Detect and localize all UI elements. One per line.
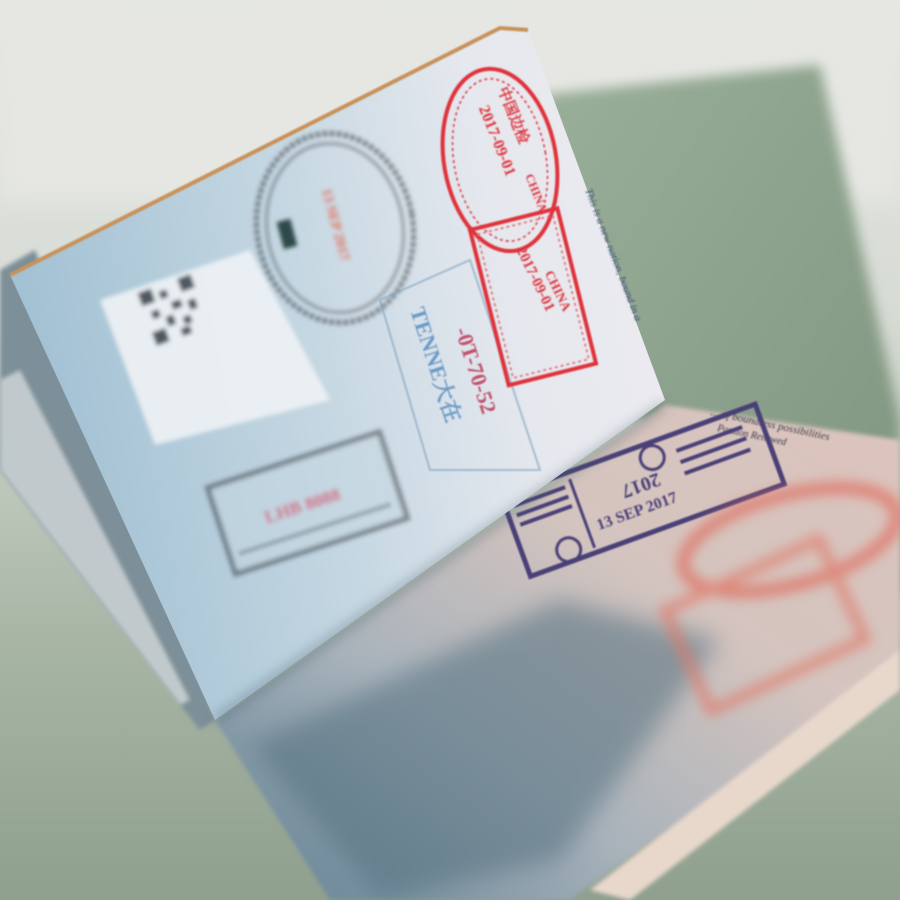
passport-photo: ... of boundless possibilities Passion R… — [0, 0, 900, 900]
